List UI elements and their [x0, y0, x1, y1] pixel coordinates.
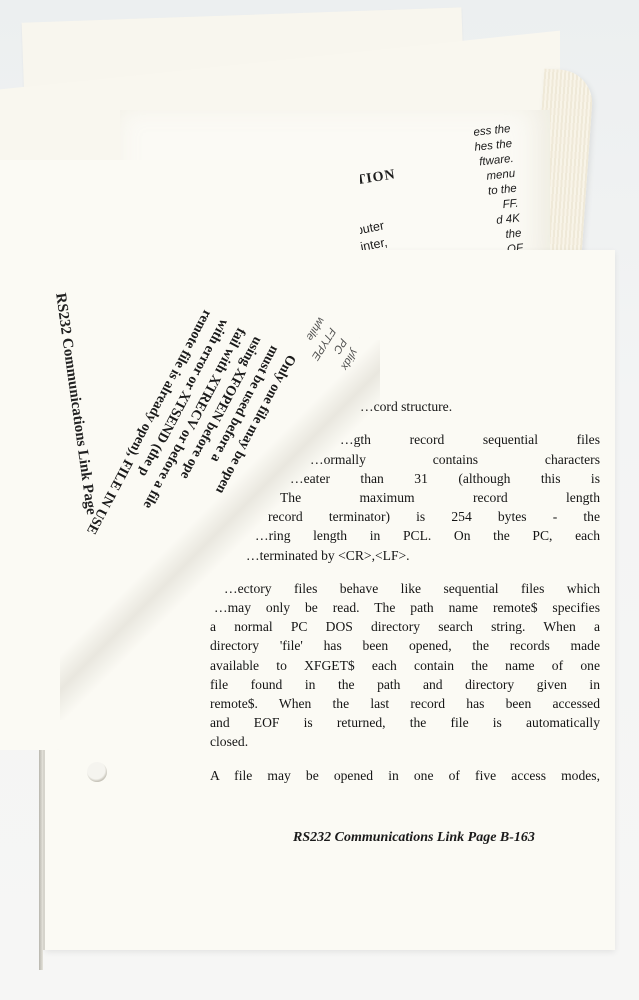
- text-line: A file may be opened in one of five acce…: [210, 766, 600, 785]
- text-line: record terminator) is 254 bytes - the: [210, 507, 600, 526]
- paragraph-access-modes: A file may be opened in one of five acce…: [210, 766, 600, 785]
- text-line: remote$. When the last record has been a…: [210, 694, 600, 713]
- text-line: file found in the path and directory giv…: [210, 675, 600, 694]
- page-footer: RS232 Communications Link Page B-163: [293, 830, 535, 846]
- paragraph-directory-files: …ectory files behave like sequential fil…: [210, 579, 600, 752]
- text-line: closed.: [210, 732, 600, 751]
- text-line: …may only be read. The path name remote$…: [210, 598, 600, 617]
- text-line: available to XFGET$ each contain the nam…: [210, 656, 600, 675]
- text-line: …eater than 31 (although this is: [210, 469, 600, 488]
- text-line: The maximum record length: [210, 488, 600, 507]
- text-line: …ring length in PCL. On the PC, each: [210, 526, 600, 545]
- text-line: …terminated by <CR>,<LF>.: [210, 546, 600, 565]
- text-line: directory 'file' has been opened, the re…: [210, 636, 600, 655]
- text-line: a normal PC DOS directory search string.…: [210, 617, 600, 636]
- punch-hole: [87, 762, 107, 782]
- text-line: and EOF is returned, the file is automat…: [210, 713, 600, 732]
- text-line: …ectory files behave like sequential fil…: [210, 579, 600, 598]
